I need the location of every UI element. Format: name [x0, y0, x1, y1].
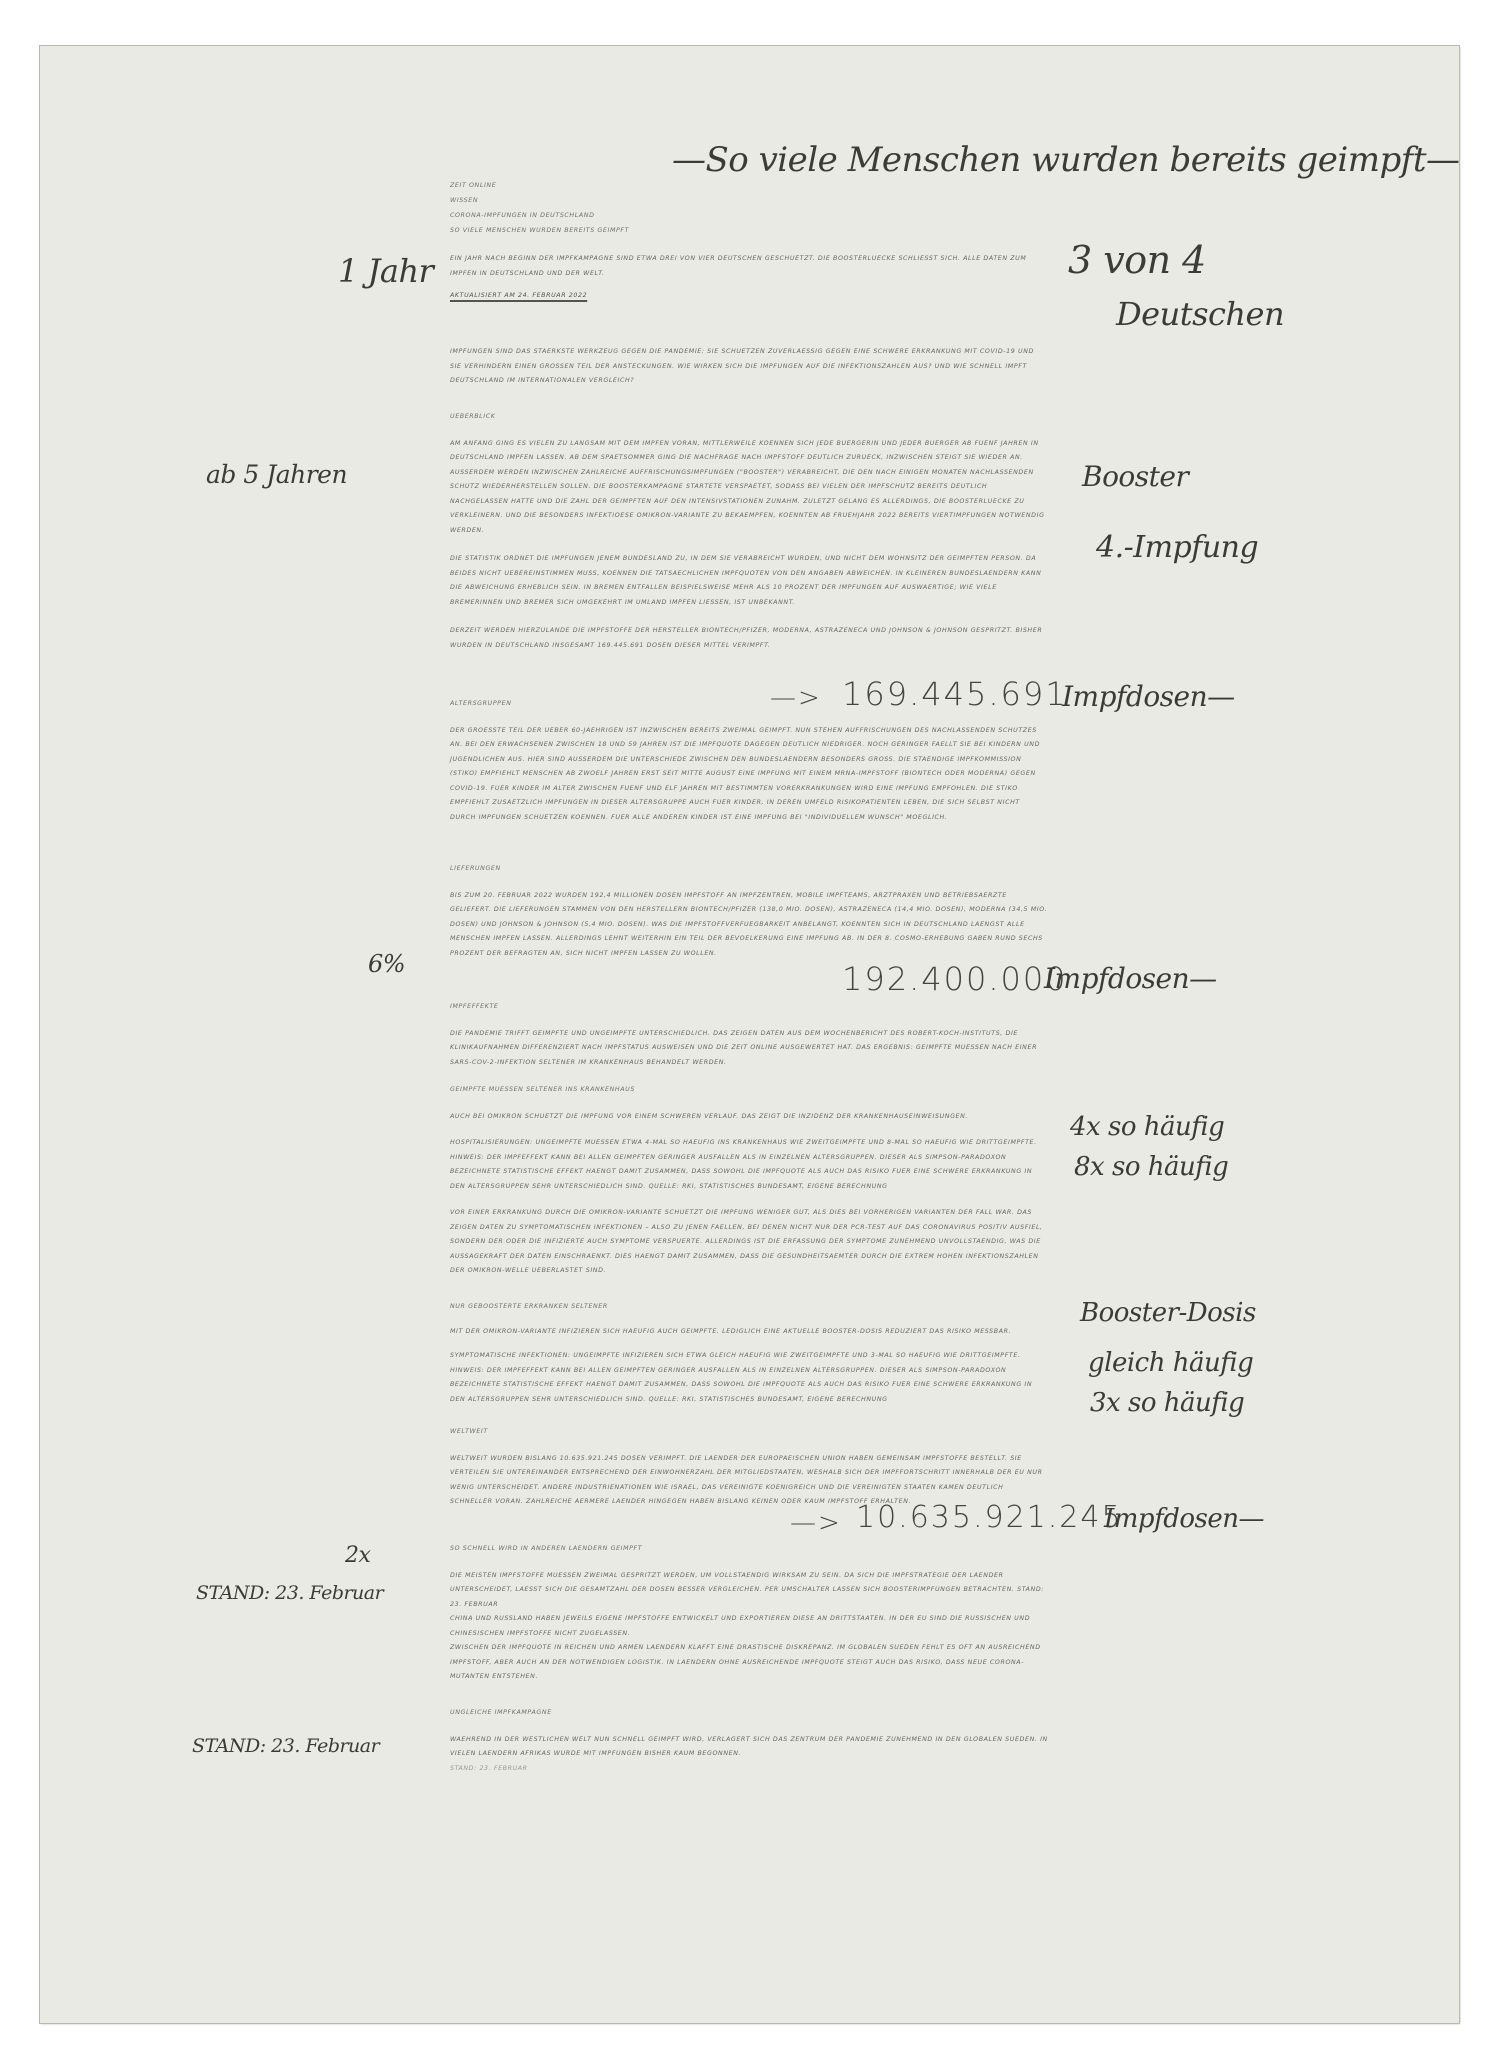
annotation-germans: Deutschen: [1116, 295, 1284, 333]
section-heading: Ueberblick: [450, 410, 1048, 425]
section-lieferungen: Lieferungen Bis zum 20. Februar 2022 wur…: [450, 862, 1048, 961]
annotation-fourth-vaccination: 4.-Impfung: [1096, 530, 1258, 565]
handwritten-title: —So viele Menschen wurden bereits geimpf…: [672, 140, 1460, 180]
section-paragraph: Bis zum 20. Februar 2022 wurden 192,4 Mi…: [450, 889, 1048, 962]
section-paragraph: Die Statistik ordnet die Impfungen jenem…: [450, 552, 1048, 610]
section-heading: So schnell wird in anderen Laendern geim…: [450, 1542, 1048, 1557]
header-line: Zeit Online: [450, 178, 1048, 193]
header-line: So viele Menschen wurden bereits geimpft: [450, 223, 1048, 238]
doses-worldwide: 10.635.921.245: [856, 1500, 1123, 1535]
doses-administered: 169.445.691: [842, 675, 1068, 713]
section-paragraph: Hospitalisierungen: Ungeimpfte muessen e…: [450, 1136, 1048, 1194]
intro-text: Ein Jahr nach Beginn der Impfkampagne si…: [450, 252, 1048, 281]
section-paragraph: Auch bei Omikron schuetzt die Impfung vo…: [450, 1110, 1048, 1125]
section-paragraph: Die Pandemie trifft Geimpfte und Ungeimp…: [450, 1027, 1048, 1071]
section-geboosterte: Nur Geboosterte erkranken seltener Mit d…: [450, 1300, 1048, 1407]
section-heading: Geimpfte muessen seltener ins Krankenhau…: [450, 1083, 1048, 1098]
section-heading: Nur Geboosterte erkranken seltener: [450, 1300, 1048, 1315]
arrow-1: —>: [770, 683, 822, 713]
section-paragraph: Vor einer Erkrankung durch die Omikron-V…: [450, 1206, 1048, 1279]
section-altersgruppen: Altersgruppen Der groesste Teil der uebe…: [450, 697, 1048, 825]
section-paragraph: Die meisten Impfstoffe muessen zweimal g…: [450, 1569, 1048, 1613]
annotation-twice: 2x: [345, 1543, 370, 1568]
section-paragraph: Stand: 23. Februar: [450, 1762, 1048, 1777]
section-paragraph: Mit der Omikron-Variante infizieren sich…: [450, 1325, 1048, 1340]
doses-delivered: 192.400.000: [842, 960, 1068, 998]
doses-label-1: Impfdosen—: [1062, 680, 1235, 713]
section-paragraph: Derzeit werden hierzulande die Impfstoff…: [450, 624, 1048, 653]
annotation-one-year: 1 Jahr: [338, 252, 433, 290]
doses-label-2: Impfdosen—: [1044, 962, 1217, 995]
section-paragraph: Symptomatische Infektionen: Ungeimpfte i…: [450, 1349, 1048, 1407]
annotation-three-of-four: 3 von 4: [1068, 238, 1206, 282]
section-heading: Impfeffekte: [450, 1000, 1048, 1015]
annotation-booster: Booster: [1082, 460, 1188, 493]
section-impfeffekte: Impfeffekte Die Pandemie trifft Geimpfte…: [450, 1000, 1048, 1070]
section-ungleich: Ungleiche Impfkampagne Waehrend in der w…: [450, 1706, 1048, 1776]
annotation-three-times: 3x so häufig: [1090, 1388, 1244, 1418]
section-paragraph: China und Russland haben jeweils eigene …: [450, 1612, 1048, 1641]
annotation-from-5-years: ab 5 Jahren: [206, 460, 347, 489]
section-heading: Lieferungen: [450, 862, 1048, 877]
annotation-four-times: 4x so häufig: [1070, 1112, 1224, 1142]
section-paragraph: Am Anfang ging es vielen zu langsam mit …: [450, 437, 1048, 539]
section-heading: Weltweit: [450, 1425, 1048, 1440]
arrow-2: —>: [790, 1508, 842, 1538]
annotation-eight-times: 8x so häufig: [1074, 1152, 1228, 1182]
header-line: Corona-Impfungen in Deutschland: [450, 208, 1048, 223]
section-andere-laender: So schnell wird in anderen Laendern geim…: [450, 1542, 1048, 1685]
intro-block: Ein Jahr nach Beginn der Impfkampagne si…: [450, 252, 1048, 304]
lead-text: Impfungen sind das staerkste Werkzeug ge…: [450, 345, 1048, 389]
annotation-six-percent: 6%: [368, 950, 405, 978]
section-heading: Ungleiche Impfkampagne: [450, 1706, 1048, 1721]
header-line: Wissen: [450, 193, 1048, 208]
section-ueberblick: Ueberblick Am Anfang ging es vielen zu l…: [450, 410, 1048, 653]
annotation-equally-often: gleich häufig: [1088, 1348, 1253, 1378]
header-block: Zeit Online Wissen Corona-Impfungen in D…: [450, 178, 1048, 238]
section-paragraph: Zwischen der Impfquote in reichen und ar…: [450, 1641, 1048, 1685]
updated-date: Aktualisiert am 24. Februar 2022: [450, 289, 1048, 304]
annotation-booster-dose: Booster-Dosis: [1080, 1298, 1256, 1328]
section-weltweit: Weltweit Weltweit wurden bislang 10.635.…: [450, 1425, 1048, 1510]
section-krankenhaus: Geimpfte muessen seltener ins Krankenhau…: [450, 1083, 1048, 1279]
doses-label-3: Impfdosen—: [1104, 1504, 1264, 1534]
section-paragraph: Der groesste Teil der ueber 60-Jaehrigen…: [450, 724, 1048, 826]
annotation-stand-1: STAND: 23. Februar: [196, 1582, 383, 1604]
section-paragraph: Waehrend in der westlichen Welt nun schn…: [450, 1733, 1048, 1762]
lead-block: Impfungen sind das staerkste Werkzeug ge…: [450, 345, 1048, 389]
annotation-stand-2: STAND: 23. Februar: [192, 1735, 379, 1757]
